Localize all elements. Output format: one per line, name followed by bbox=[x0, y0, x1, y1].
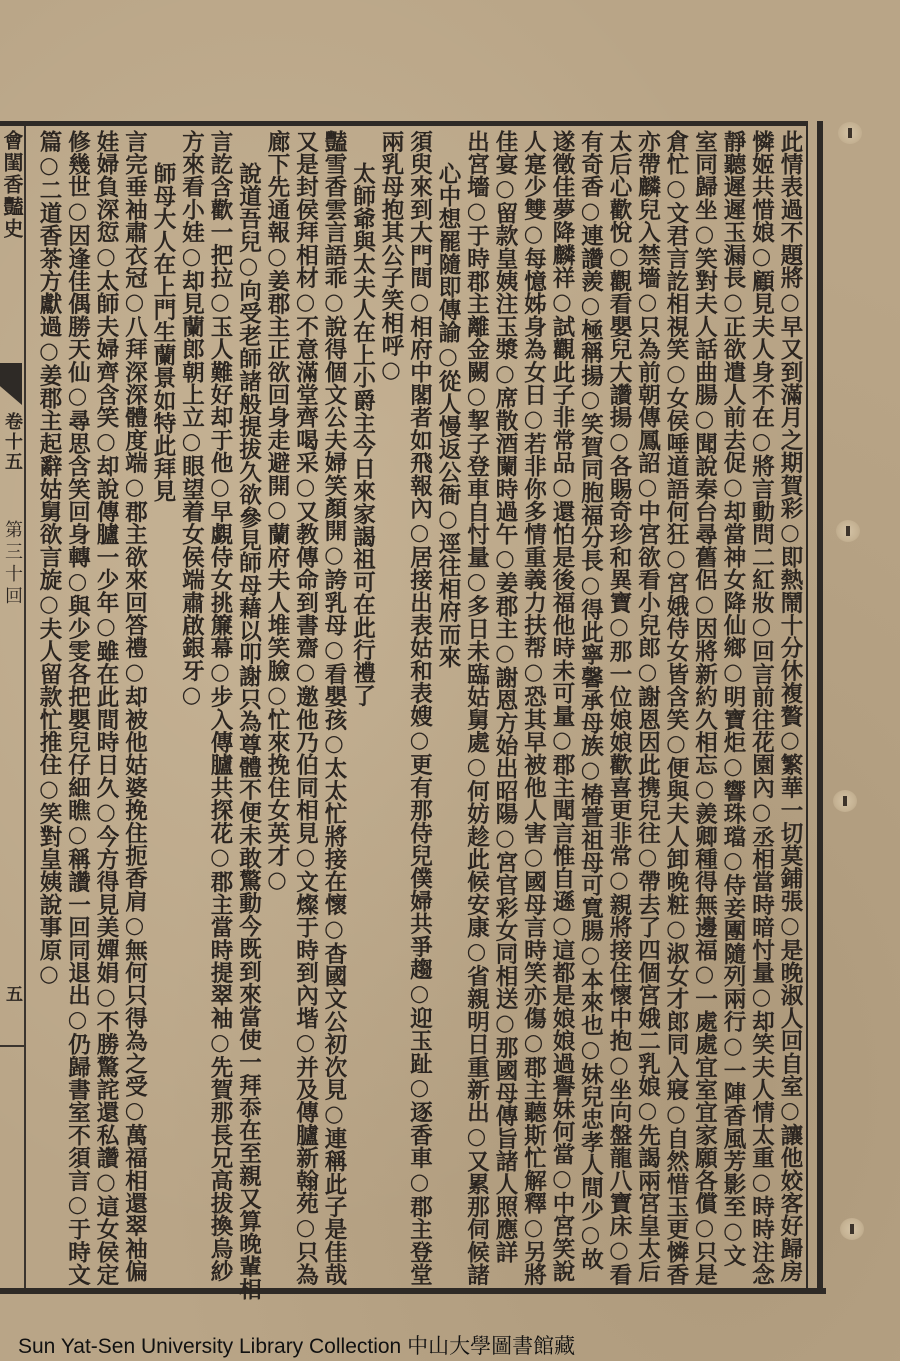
text-column: 人寔少雙○每憶姊身為女日○若非你多情重義力扶帮○恐其早被他人害○國母言時笑亦傷○… bbox=[519, 130, 548, 1286]
frame-border-bottom bbox=[0, 1288, 826, 1294]
frame-border-right-outer bbox=[817, 121, 823, 1294]
spine-chapter: 第三十回 bbox=[1, 520, 23, 608]
text-column: 佳宴○留款皇姨注玉漿○席散酒闌時過午○姜郡主○謝恩方始出昭陽○宮官彩女同相送○那… bbox=[491, 130, 520, 1286]
binding-hole-icon bbox=[836, 520, 860, 542]
text-column: 言完垂袖肅衣冠○八拜深深體度端○郡主欲來回答禮○却被他姑婆挽住扼香肩○無何只得為… bbox=[120, 130, 149, 1286]
collection-credit: Sun Yat-Sen University Library Collectio… bbox=[18, 1330, 878, 1360]
spine-book-title: 會閨香豔史 bbox=[1, 130, 23, 240]
frame-border-right-inner bbox=[806, 121, 808, 1288]
text-column-speech: 說道吾兒○向受老師諸般提拔久欲參見師母藉以叩謝只為尊體不便未敢驚動今既到來當使一… bbox=[234, 130, 263, 1318]
text-column: 方來看小娃○却見蘭郎朝上立○眼望着女侯端肅啟銀牙○ bbox=[177, 130, 206, 1286]
text-column: 室同歸坐○笑對夫人話曲腸○聞說秦台尋舊侶○因將新約久相忘○羨卿種得無邊福○一處處… bbox=[690, 130, 719, 1286]
text-column: 須臾來到大門間○相府中閣者如飛報內○居接出表姑和表嫂○更有那侍兒僕婦共爭趨○迎玉… bbox=[405, 130, 434, 1286]
text-column: 豔雪香雲言語乖○說得個文公夫婦笑顏開○誇乳母○看嬰孩○太太忙將接在懷○杳國文公初… bbox=[320, 130, 349, 1286]
spine-divider bbox=[24, 126, 26, 1288]
text-column: 倉忙○文君言訖相視笑○女侯唾道語何狂○宮娥侍女皆含笑○便與夫人卸晚粧○淑女才郎同… bbox=[662, 130, 691, 1286]
frame-border-top bbox=[0, 121, 806, 126]
scanned-book-page: 會閨香豔史 卷十五 第三十回 五 此情表過不題將○早又到滿月之期賀彩○即熱鬧十分… bbox=[0, 0, 900, 1361]
text-column: 娃婦負深愆○太師夫婦齊含笑○却說傳臚一少年○雖在此間時日久○今方得見美嬋娟○不勝… bbox=[92, 130, 121, 1286]
binding-hole-icon bbox=[838, 122, 862, 144]
text-column: 遂徵佳夢降麟祥○試觀此子非常品○還怕是後福他時未可量○郡主聞言惟自遜○這都是娘娘… bbox=[548, 130, 577, 1286]
spine-page-number: 五 bbox=[1, 985, 23, 1004]
text-column-speech: 太師爺與太夫人在上小爵主今日來家謁祖可在此行禮了 bbox=[348, 130, 377, 1318]
text-column: 兩乳母抱其公子笑相呼○ bbox=[377, 130, 406, 1286]
text-column: 言訖含歡一把拉○玉人難好却于他○早覷侍女挑簾幕○步入傳臚共探花○郡主當時提翠袖○… bbox=[206, 130, 235, 1286]
spine-volume: 卷十五 bbox=[1, 412, 23, 472]
text-column-speech: 師母大人在上門生蘭景如特此拜見 bbox=[149, 130, 178, 1318]
text-column: 篇○二道香茶方獻過○姜郡主起辭姑舅欲言旋○夫人留款忙推住○笑對皇姨說事原○ bbox=[35, 130, 64, 1286]
binding-hole-icon bbox=[840, 1218, 864, 1240]
text-column: 有奇香○連讚羨○極稱揚○笑賀同胞福分長○得此寧馨承母族○椿萱祖母可寬腸○本來也○… bbox=[576, 130, 605, 1286]
main-text-body: 此情表過不題將○早又到滿月之期賀彩○即熱鬧十分休複贅○繁華一切莫鋪張○是晚淑人回… bbox=[34, 130, 804, 1286]
text-column: 修幾世○因逢佳偶勝天仙○尋思含笑回身轉○與少雯各把嬰兒仔細瞧○稱讚一回同退出○仍… bbox=[63, 130, 92, 1286]
text-column: 亦帶麟兒入禁墻○只為前朝傳鳳詔○中宮欲看小兒郎○謝恩因此携兒往○帶去了四個宮娥二… bbox=[633, 130, 662, 1286]
text-column: 又是封侯拜相材○不意滿堂齊喝采○又教傳命到書齋○邀他乃伯同相見○文燦于時到內堦○… bbox=[291, 130, 320, 1286]
text-column: 廊下先通報○姜郡主正欲回身走避開○蘭府夫人堆笑臉○忙來挽住女英才○ bbox=[263, 130, 292, 1286]
text-column: 此情表過不題將○早又到滿月之期賀彩○即熱鬧十分休複贅○繁華一切莫鋪張○是晚淑人回… bbox=[776, 130, 805, 1286]
text-column: 靜聽遲遲玉漏長○正欲遣人前去促○却當神女降仙鄉○明寶炬○響珠璫○侍妾團隨列兩行○… bbox=[719, 130, 748, 1286]
binding-hole-icon bbox=[833, 790, 857, 812]
text-column: 出宮墻○于時郡主離金闕○挈子登車自忖量○多日未臨姑舅處○何妨趁此候安康○省親明日… bbox=[462, 130, 491, 1286]
text-column: 憐姬共惜娘○顧見夫人身不在○將言動問二紅妝○回言前往花園內○丞相當時暗忖量○却笑… bbox=[747, 130, 776, 1286]
text-column: 太后心歡悅○觀看嬰兒大讚揚○各賜奇珍和異寶○那一位娘娘歡喜更非常○親將接住懷中抱… bbox=[605, 130, 634, 1286]
page-number-box-divider bbox=[0, 1045, 24, 1047]
text-column-narration: 心中想罷隨即傳諭○從人慢返公衙○逕往相府而來 bbox=[434, 130, 463, 1318]
fish-tail-marker-icon bbox=[0, 363, 22, 405]
